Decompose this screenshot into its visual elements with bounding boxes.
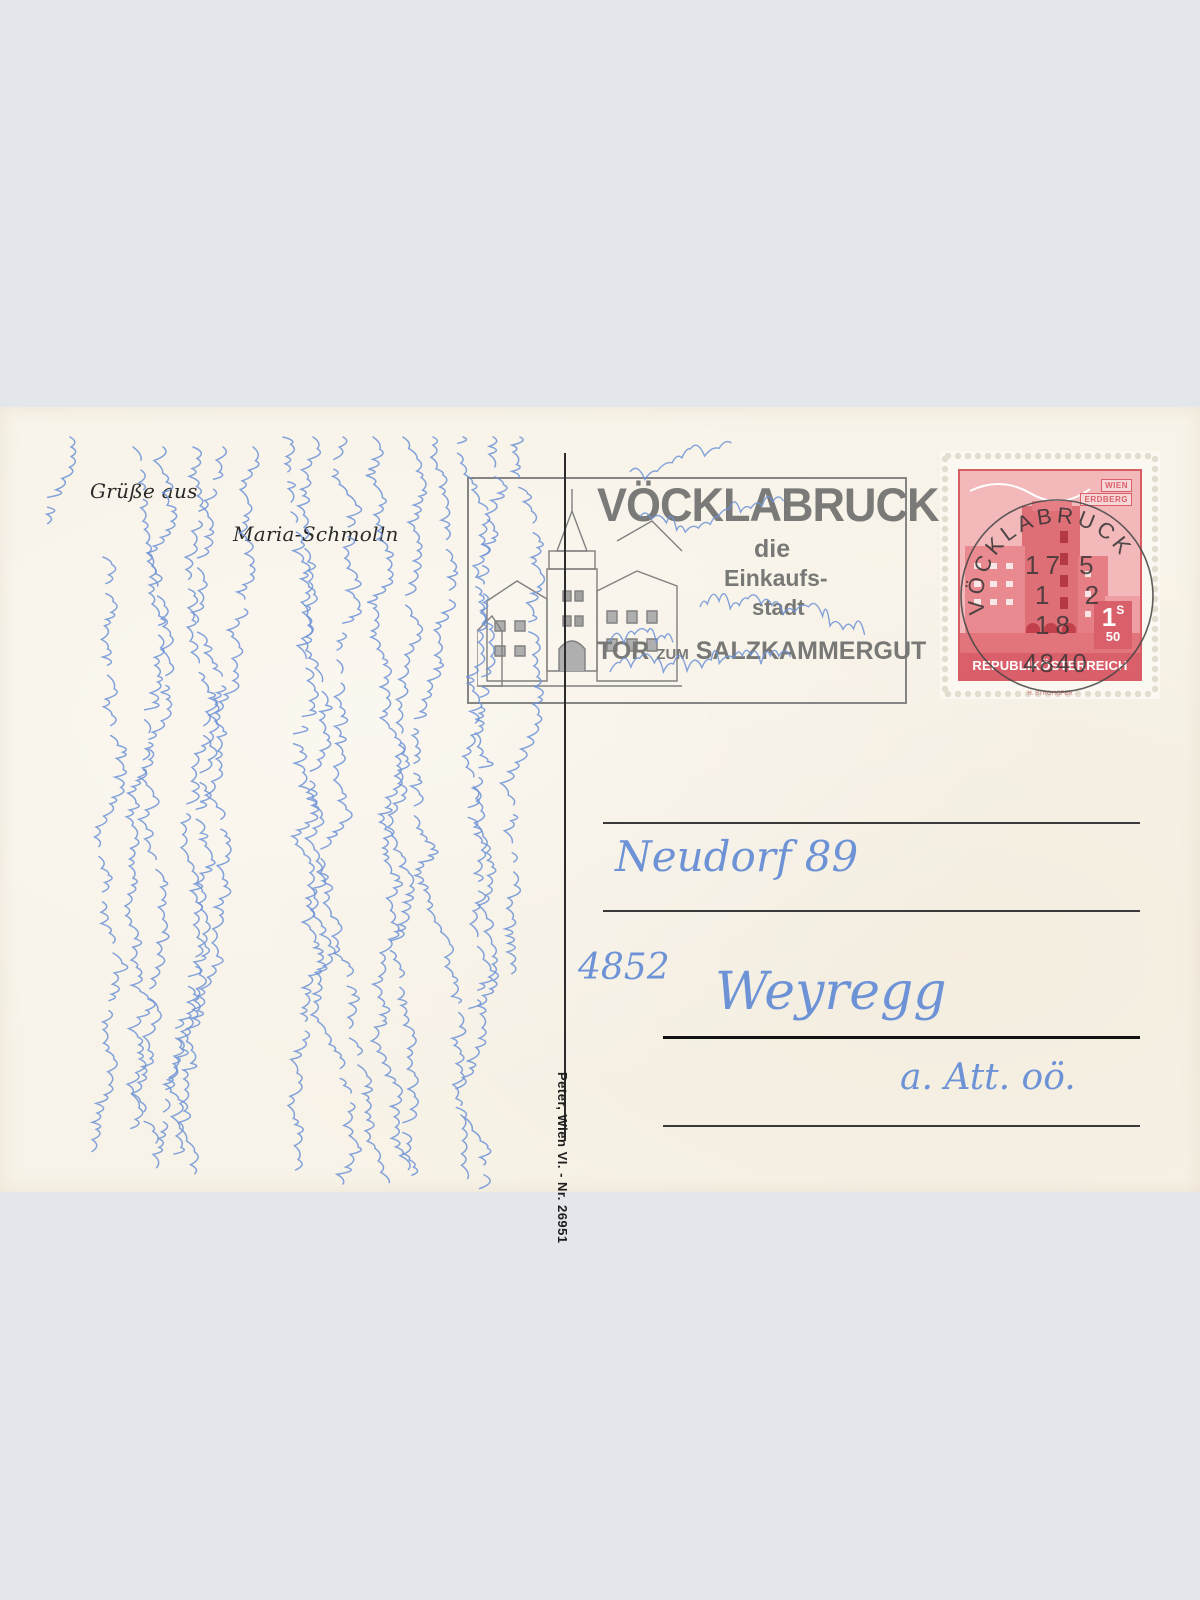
- address-line-3: [663, 1036, 1140, 1039]
- greeting-line-2: Maria-Schmolln: [233, 522, 399, 546]
- address-line-2: [603, 910, 1140, 912]
- postmark-slogan-einkaufs: Einkaufs-: [724, 565, 828, 592]
- greeting-line-1: Grüße aus: [90, 479, 198, 503]
- card-divider: [564, 453, 566, 1141]
- postmark-region: SALZKAMMERGUT: [696, 637, 927, 665]
- address-postal-code: 4852: [578, 947, 670, 988]
- postmark-city: VÖCKLABRUCK: [597, 478, 939, 533]
- address-town: Weyregg: [715, 962, 947, 1022]
- stamp-label-wien: WIEN: [1101, 479, 1132, 492]
- postmark-slogan-tor: TOR ZUM SALZKAMMERGUT: [597, 637, 926, 666]
- svg-text:1 2: 1 2: [1035, 580, 1113, 610]
- address-street: Neudorf 89: [615, 832, 858, 881]
- postmark-slogan-stadt: stadt: [752, 595, 805, 621]
- svg-text:4840: 4840: [1023, 648, 1089, 678]
- svg-text:17 5: 17 5: [1025, 550, 1100, 580]
- postmark-zum: ZUM: [656, 646, 689, 663]
- publisher-imprint: Peter, Wien VI. - Nr. 26951: [555, 1072, 570, 1244]
- address-region: a. Att. oö.: [900, 1057, 1076, 1098]
- date-cancellation-icon: VÖCKLABRUCK 17 5 1 2 18 4840: [955, 494, 1160, 699]
- postmark-tor: TOR: [597, 637, 649, 665]
- svg-text:18: 18: [1035, 610, 1076, 640]
- address-line-4: [663, 1125, 1140, 1127]
- address-line-1: [603, 822, 1140, 824]
- postcard-back: Grüße aus Maria-Schmolln: [0, 407, 1200, 1192]
- postmark-slogan-die: die: [754, 535, 790, 564]
- slogan-postmark: VÖCKLABRUCK die Einkaufs- stadt TOR ZUM …: [467, 477, 907, 704]
